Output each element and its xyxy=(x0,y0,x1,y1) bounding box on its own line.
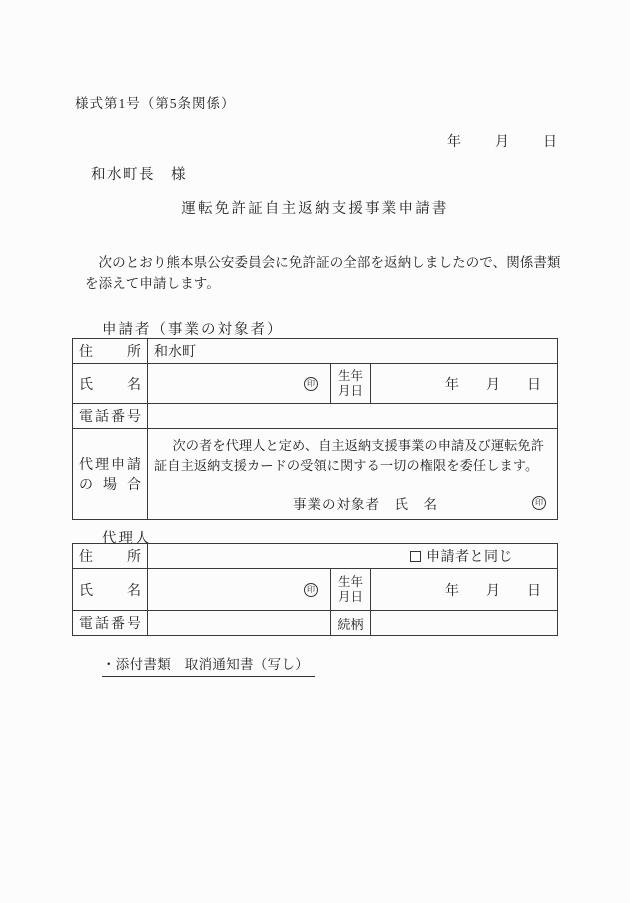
applicant-address-label: 住所 xyxy=(73,339,148,364)
proxy-phone-value-cell xyxy=(148,611,331,636)
applicant-address-value-cell: 和水町 xyxy=(148,339,558,364)
delegation-signature-line: 事業の対象者 氏 名 印 xyxy=(154,493,551,513)
proxy-birthdate-label: 生年 月日 xyxy=(331,569,371,611)
proxy-table: 住所 申請者と同じ 氏名 印 生年 月日 年 xyxy=(72,543,558,636)
application-form-page: 様式第1号（第5条関係） 年 月 日 和水町長 様 運転免許証自主返納支援事業申… xyxy=(0,0,630,903)
delegation-signer-label: 事業の対象者 氏 名 xyxy=(293,493,438,513)
delegation-statement: 次の者を代理人と定め、自主返納支援事業の申請及び運転免許証自主返納支援カードの受… xyxy=(154,436,551,476)
document-title: 運転免許証自主返納支援事業申請書 xyxy=(0,197,630,218)
proxy-birthdate-value-cell: 年 月 日 xyxy=(371,569,558,611)
applicant-phone-label: 電話番号 xyxy=(73,404,148,429)
applicant-address-row: 住所 和水町 xyxy=(73,339,558,364)
proxy-case-cell: 次の者を代理人と定め、自主返納支援事業の申請及び運転免許証自主返納支援カードの受… xyxy=(148,429,558,520)
proxy-address-value-cell: 申請者と同じ xyxy=(148,544,558,569)
applicant-name-label: 氏名 xyxy=(73,364,148,404)
applicant-table-caption: 申請者（事業の対象者） xyxy=(102,318,284,339)
date-month-label: 月 xyxy=(495,131,509,151)
applicant-table: 住所 和水町 氏名 印 生年 月日 年 月 日 xyxy=(72,338,558,520)
applicant-name-row: 氏名 印 生年 月日 年 月 日 xyxy=(73,364,558,404)
body-paragraph: 次のとおり熊本県公安委員会に免許証の全部を返納しましたので、関係書類を添えて申請… xyxy=(85,252,563,294)
seal-icon: 印 xyxy=(532,496,546,510)
date-year-label: 年 xyxy=(447,131,461,151)
proxy-case-row: 代理申請 の 場 合 次の者を代理人と定め、自主返納支援事業の申請及び運転免許証… xyxy=(73,429,558,520)
applicant-phone-row: 電話番号 xyxy=(73,404,558,429)
applicant-name-value-cell: 印 xyxy=(148,364,331,404)
proxy-address-label: 住所 xyxy=(73,544,148,569)
applicant-birthdate-value-cell: 年 月 日 xyxy=(371,364,558,404)
proxy-name-row: 氏名 印 生年 月日 年 月 日 xyxy=(73,569,558,611)
proxy-address-row: 住所 申請者と同じ xyxy=(73,544,558,569)
same-as-applicant-checkbox-icon xyxy=(410,551,421,562)
same-as-applicant-label: 申請者と同じ xyxy=(426,546,513,566)
applicant-birthdate-label: 生年 月日 xyxy=(331,364,371,404)
relationship-value-cell xyxy=(371,611,558,636)
applicant-phone-value-cell xyxy=(148,404,558,429)
attachment-note: ・添付書類 取消通知書（写し） xyxy=(102,653,315,677)
proxy-name-label: 氏名 xyxy=(73,569,148,611)
proxy-phone-row: 電話番号 続柄 xyxy=(73,611,558,636)
addressee: 和水町長 様 xyxy=(91,163,187,184)
proxy-case-label: 代理申請 の 場 合 xyxy=(73,429,148,520)
seal-icon: 印 xyxy=(304,583,318,597)
form-number: 様式第1号（第5条関係） xyxy=(75,92,236,112)
seal-icon: 印 xyxy=(304,377,318,391)
date-day-label: 日 xyxy=(543,131,557,151)
proxy-name-value-cell: 印 xyxy=(148,569,331,611)
date-line: 年 月 日 xyxy=(447,131,557,151)
relationship-label: 続柄 xyxy=(331,611,371,636)
proxy-phone-label: 電話番号 xyxy=(73,611,148,636)
